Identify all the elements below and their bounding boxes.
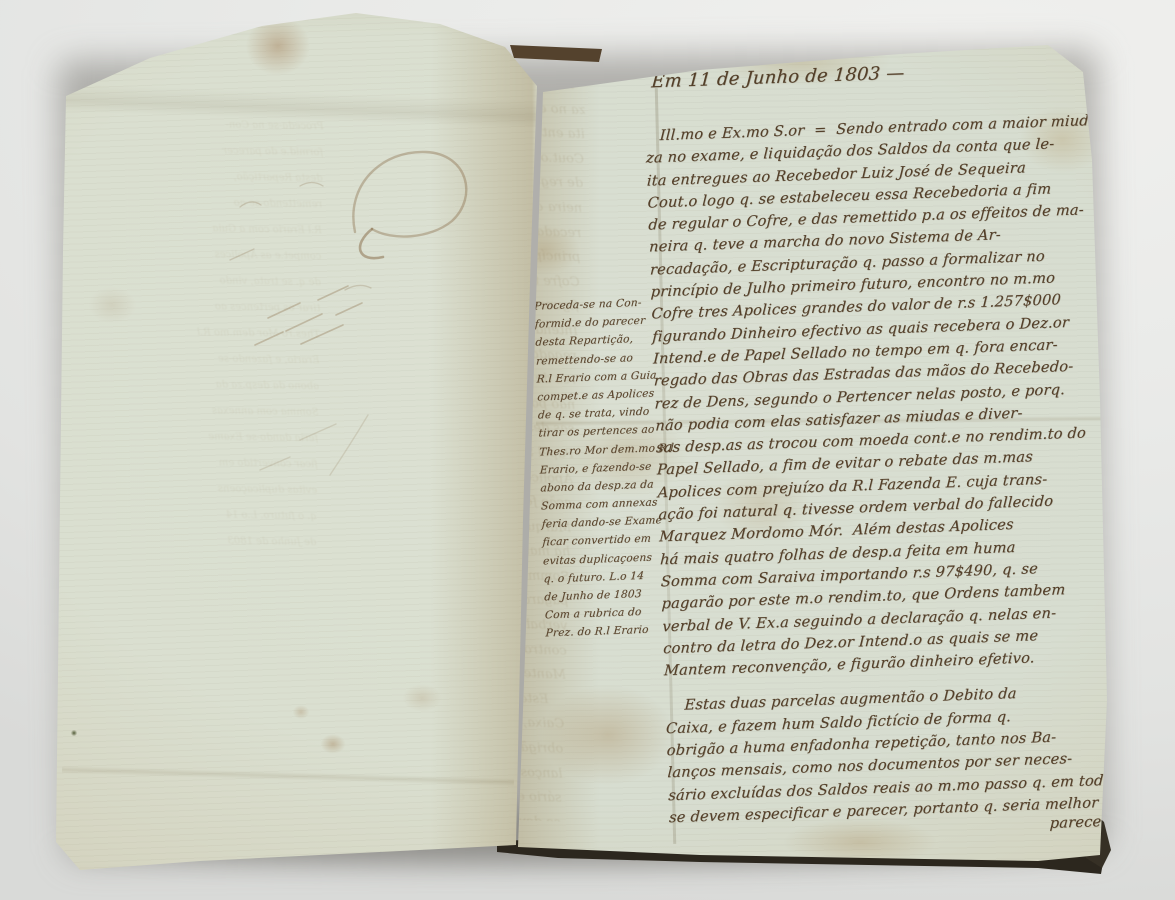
left-page-showthrough-text: Proceda-se na Con-formid.e do parecerdes… (66, 110, 324, 554)
margin-note-line: Prez. do R.l Erario (545, 621, 666, 643)
margin-note: Proceda-se na Con-formid.e do parecerdes… (534, 293, 666, 643)
main-text: Ill.mo e Ex.mo S.or = Sendo entrado com … (645, 110, 1125, 830)
manuscript-text-block: Em 11 de Junho de 1803 — Proceda-se na C… (518, 25, 1138, 869)
photo-backdrop: Proceda-se na Con-formid.e do parecerdes… (0, 0, 1175, 900)
ghost-line: de Junho de 1803 (66, 526, 316, 554)
